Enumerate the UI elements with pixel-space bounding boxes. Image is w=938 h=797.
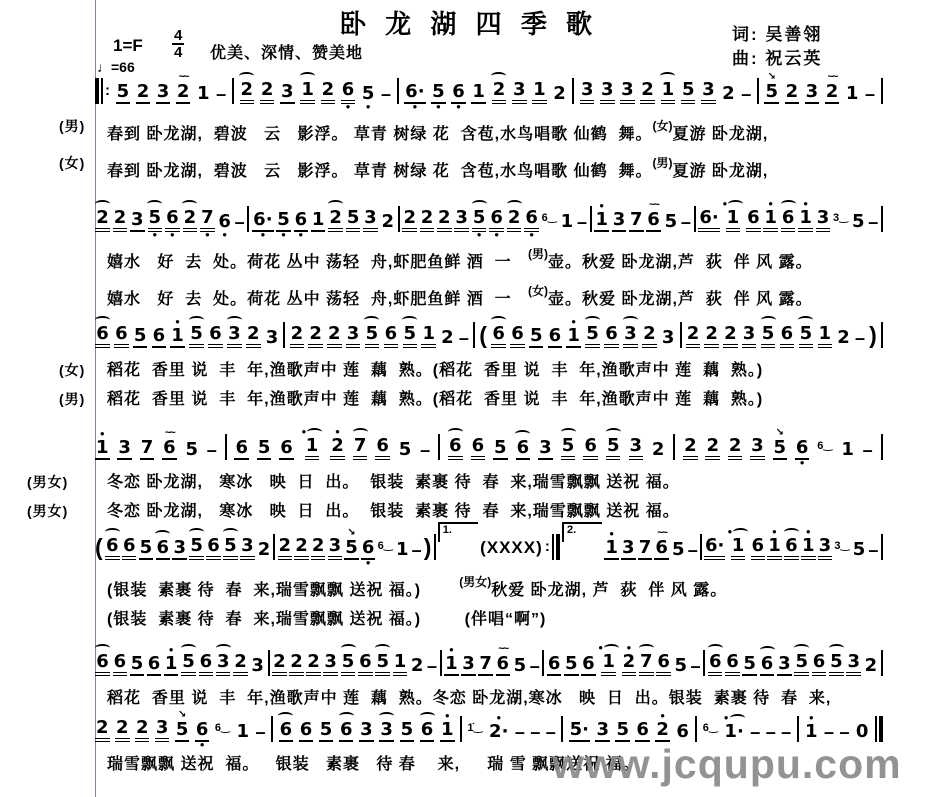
note-ornaments: ● [772,522,777,536]
barline [273,534,275,560]
system-4: ●137~~65–656●1●2765–66563565322223↘56●6‿… [95,422,883,526]
note-ornaments [585,310,600,324]
note-cell: 5 [364,310,379,356]
note-cell: 3 [512,66,527,112]
note-cell: ●1 [723,194,744,240]
note-cell: 6 [114,310,129,356]
duration-dash: – [577,212,587,232]
note-number: 6 [725,652,740,676]
bar-stroke [879,716,883,742]
note-cell: 2 [705,422,720,468]
note-number: 5 [615,720,630,742]
note-number: 6 [746,208,761,232]
note-cell: 2 [642,310,657,356]
note-number: 2 [825,82,840,104]
note-ornaments: ~~ [498,640,507,654]
note-number: 2 [440,328,455,348]
note-number: 3 [595,720,610,742]
note-cell: 5 [341,638,356,684]
bar-stroke [232,78,234,104]
note-ornaments [420,706,435,720]
barline-cell [703,650,705,684]
bar-stroke [881,78,883,104]
note-cell: 2 [246,310,261,356]
barline [440,650,442,676]
dash-cell: – [420,426,430,468]
note-cell: 5 [400,706,415,750]
note-number: 6 [162,438,177,460]
note-cell: 5 [606,422,621,468]
lyric-text: 壶。秋爱 卧龙湖,芦 荻 伴 风 露。 [548,254,813,271]
dash-cell: – [427,642,437,684]
note-cell: 5 [529,312,544,356]
note-number: 5 [175,720,190,742]
voice-label: (男女) [27,497,68,526]
note-cell: ●1 [801,522,816,568]
octave-down-slot: ● [298,232,303,240]
bar-stroke [438,434,440,460]
note-cell: ~~6 [162,424,177,468]
note-number: 6 [760,654,775,676]
note-cell: 2 [294,522,309,568]
note-cell: 3 [846,638,861,684]
note-cell: 6 [339,706,354,750]
note-number: 6 [708,652,723,676]
note-cell: 5 [319,706,334,750]
bar-stroke [694,206,696,232]
note-number: 6 [604,324,619,348]
barline-cell [434,534,436,568]
note-number: 2 [864,656,879,676]
note-cell: 2 [136,68,151,112]
barline-cell [247,206,249,240]
barline-cell: : [95,78,110,112]
note-cell: 3 [629,422,644,468]
note-number: 3 [805,82,820,104]
note-number: 1 [300,80,315,104]
note-cell: 6 [547,640,562,684]
lyric-row: 嬉水 好 去 处。荷花 丛中 荡轻 舟,虾肥鱼鲜 酒 一 (女)壶。秋爱 卧龙湖… [95,277,883,314]
barline [881,78,883,104]
note-cell: 6 [420,706,435,750]
note-cell: 7 [353,422,368,468]
note-number: 5 [472,208,487,232]
note-number: 3 [612,210,627,232]
voice-mark: (男女) [459,575,491,589]
barline-cell [225,434,227,468]
note-cell: 6● [165,194,180,240]
note-number: 6 [516,438,531,460]
note-ornaments: ↘ [178,706,186,720]
note-cell: 5 [139,524,154,568]
note-cell: 3 [818,522,833,568]
duration-dash: – [750,722,760,742]
note-cell: 3 [461,640,476,684]
note-cell: 3 [227,310,242,356]
grace-note-cell: 3‿ [834,548,849,568]
note-number: 6 [152,326,167,348]
barline-cell [542,650,544,684]
note-number: 6 [547,654,562,676]
note-ornaments: ↘ [776,424,784,438]
barline-cell [881,434,883,468]
barline [283,322,285,348]
note-ornaments [339,706,354,720]
note-number: 5 [133,326,148,348]
note-number: 6 [635,720,650,742]
note-cell: 7 [478,640,493,684]
barline [673,434,675,460]
note-ornaments: ~~ [828,68,837,82]
note-number: 5 [852,540,867,560]
note-ornaments [639,638,654,652]
bar-stroke [572,78,574,104]
note-number: 6 [206,536,221,560]
note-number: 1 [801,536,816,560]
note-ornaments [491,66,506,80]
lyric-text: 嬉水 好 去 处。荷花 丛中 荡轻 舟,虾肥鱼鲜 酒 一 [107,254,528,271]
note-number: 6 [217,212,232,232]
duration-dash: – [855,328,865,348]
barline-cell [694,206,696,240]
note-ornaments [708,638,723,652]
bar-stroke [556,534,560,560]
dash-cell: – [865,70,875,112]
note-number: 6 [299,720,314,742]
note-number: 5 [761,324,776,348]
note-number: 7 [478,654,493,676]
note-number: 2 [410,656,425,676]
note-number: 6 [361,538,376,560]
barline-cell: : [545,534,560,568]
note-number: 6 [524,208,539,232]
note-cell: 2 [552,70,567,112]
lyric-text: 春到 卧龙湖, 碧波 云 影浮。 草青 树绿 花 含苞,水鸟唱歌 仙鹤 舞。 [107,126,652,143]
duration-dash: – [865,84,875,104]
note-number: 5 [257,438,272,460]
repeat-dots: : [545,534,550,560]
note-cell: 2 [95,704,110,750]
note-cell: 1 [300,66,315,112]
note-number: 2 [721,84,736,104]
note-cell: 5 [681,66,696,112]
note-number: 1 [560,212,575,232]
note-cell: 3 [777,640,792,684]
note-number: 3 [265,328,280,348]
barline-cell [881,78,883,112]
note-number: 3 [117,438,132,460]
note-cell: 2 [686,310,701,356]
note-number: 6 [583,436,598,460]
dash-cell: – [688,526,698,568]
note-cell: 6 [583,422,598,468]
note-cell: 6·● [252,196,273,240]
note-cell: 2 [239,66,254,112]
note-ornaments [448,422,463,436]
note-cell: 3 [156,68,171,112]
inline-text: (XXXX) [480,536,543,560]
duration-dash: – [868,212,878,232]
paren-cell: ( [95,534,103,568]
note-cell: 3 [130,196,145,240]
note-number: 6 [812,652,827,676]
bar-stroke [680,322,682,348]
note-number: 5 [116,82,131,104]
note-cell: 5● [472,194,487,240]
note-number: 6 [122,536,137,560]
note-number: 2 [95,208,110,232]
notation-line: 2235●6●27●6●–6·●5●6●1253222235●6●26●6‿1–… [95,194,883,240]
bar-stroke [703,650,705,676]
note-cell: 1 [471,68,486,112]
note-cell: 6 [491,310,506,356]
note-ornaments [227,310,242,324]
note-number: 5 [341,652,356,676]
note-cell: 2 [640,66,655,112]
note-number: 3 [359,720,374,742]
note-number: 3 [623,324,638,348]
voice-label: (女) [59,356,85,385]
note-number: 2 [723,324,738,348]
note-cell: 3 [623,310,638,356]
octave-down-slot: ● [200,742,205,750]
note-number: 3 [750,436,765,460]
note-cell: 6· [704,522,725,568]
note-number: 2 [311,536,326,560]
note-number: 6 [341,80,356,104]
note-cell: 6● [195,706,210,750]
lyric-row: (银装 素裹 待 春 来,瑞雪飘飘 送祝 福。) (伴唱“啊”) [95,605,883,634]
note-cell: 6 [122,522,137,568]
note-cell: 1 [560,198,575,240]
note-number: 5 [130,654,145,676]
barline-cell [397,78,399,112]
note-cell: 3 [323,638,338,684]
note-number: 6 [279,720,294,742]
bar-stroke [881,206,883,232]
note-cell: ●1 [598,638,619,684]
note-cell: ↘5 [175,706,190,750]
bar-stroke [881,534,883,560]
note-cell: 6 [812,638,827,684]
note-cell: ~~6 [496,640,511,684]
note-cell: 6 [155,524,170,568]
note-number: 2 [135,718,150,742]
barline-cell [680,322,682,356]
lyric-row: (女)春到 卧龙湖, 碧波 云 影浮。 草青 树绿 花 含苞,水鸟唱歌 仙鹤 舞… [95,149,883,186]
octave-down-slot: ● [170,232,175,240]
note-ornaments: ● [626,638,631,652]
barline-cell [283,322,285,356]
grace-note: 6‿ [215,722,230,734]
note-cell: 3 [280,68,295,112]
lyric-row: (男)春到 卧龙湖, 碧波 云 影浮。 草青 树绿 花 含苞,水鸟唱歌 仙鹤 舞… [95,112,883,149]
bar-stroke [101,78,103,104]
note-cell: 6 [708,638,723,684]
note-cell: 6 [199,638,214,684]
note-cell: 6 [760,640,775,684]
note-number: 2 [272,652,287,676]
bar-stroke [440,650,442,676]
note-number: 5 [276,210,291,232]
note-number: 5 [319,720,334,742]
barline [881,206,883,232]
octave-down-slot: ● [205,232,210,240]
note-ornaments [95,194,110,208]
note-cell: 2 [321,66,336,112]
barline [397,78,399,104]
note-cell: 1 [840,426,855,468]
note-number: 5 [400,720,415,742]
note-number: 3 [661,328,676,348]
duration-dash: – [381,84,391,104]
note-number: 5 [181,652,196,676]
note-number: 2 [622,652,637,676]
note-number: 1 [164,654,179,676]
note-number: 1 [305,436,320,460]
note-cell: ↘5 [764,68,779,112]
duration-dash: – [235,212,245,232]
octave-down-slot: ● [260,232,265,240]
note-ornaments [472,194,487,208]
note-ornaments [829,638,844,652]
note-number: 6 [384,324,399,348]
note-number: 2 [176,82,191,104]
bar-stroke [247,206,249,232]
note-number: 1 [395,540,410,560]
note-number: 5 [664,212,679,232]
note-ornaments [95,310,110,324]
note-cell: 2 [328,194,343,240]
duration-dash: – [839,722,849,742]
note-cell: 6 [581,640,596,684]
note-cell: 6 [746,194,761,240]
note-cell: 1 [395,526,410,568]
lyric-row: (女)稻花 香里 说 丰 年,渔歌声中 莲 藕 熟。(稻花 香里 说 丰 年,渔… [95,356,883,385]
dash-cell: – [216,70,226,112]
note-number: 2 [640,80,655,104]
note-number: 2 [683,436,698,460]
note-number: 6 [654,538,669,560]
duration-dash: – [216,84,226,104]
note-number: 1 [311,210,326,232]
note-number: 1 [840,440,855,460]
note-cell: 1 [818,310,833,356]
note-number: 5 [564,654,579,676]
lyric-row: 嬉水 好 去 处。荷花 丛中 荡轻 舟,虾肥鱼鲜 酒 一 (男)壶。秋爱 卧龙湖… [95,240,883,277]
dash-cell: – [381,70,391,112]
bar-stroke [561,716,563,742]
note-cell: 3 [172,524,187,568]
note-number: 5 [671,540,686,560]
note-number: 5 [361,84,376,104]
note-number: 6 [471,436,486,460]
note-number: 3 [155,718,170,742]
note-number: 6 [113,652,128,676]
note-number: 2 [183,208,198,232]
lyric-text: 夏游 卧龙湖, [672,163,768,180]
barline [797,716,799,742]
time-signature-denominator: 4 [174,45,182,60]
note-number: 6 [156,538,171,560]
note-number: 2 [655,720,670,742]
barline-cell [460,716,462,750]
note-number: 3 [600,80,615,104]
note-ornaments [353,422,368,436]
grace-note-cell: 6‿ [542,220,557,240]
bar-stroke [271,716,273,742]
note-number: 5 [189,536,204,560]
octave-down-slot: ● [529,232,534,240]
note-ornaments [660,66,675,80]
note-cell: 1 [532,66,547,112]
note-number: 6 [795,438,810,460]
note-number: 5 [189,324,204,348]
note-cell: ●1 [728,522,749,568]
note-cell: ~~6 [654,524,669,568]
key-signature: 1=F [113,36,143,56]
note-number: 3 [818,536,833,560]
barline-cell [473,322,475,356]
note-number: 5 [403,324,418,348]
note-cell: 3 [816,194,831,240]
octave-down-slot: ● [152,232,157,240]
note-number: 6 [199,652,214,676]
note-cell: 5 [671,526,686,568]
note-number: 0 [855,722,870,742]
note-cell: ●1 [444,640,459,684]
note-number: 2 [507,208,522,232]
note-number: 5 [529,326,544,348]
note-cell: 5 [851,198,866,240]
note-cell: 2 [785,68,800,112]
note-cell: ●2 [622,638,637,684]
note-cell: 2 [507,194,522,240]
note-ornaments [760,640,775,654]
note-cell: 6 [234,424,249,468]
note-ornaments [216,638,231,652]
notation-line: 6656●156323222356512–(6656●1563232223565… [95,310,883,356]
note-number: 2 [704,324,719,348]
note-number: 7 [140,438,155,460]
note-number: 1 [767,536,782,560]
note-cell: 3 [216,638,231,684]
note-number: 2 [330,436,345,460]
note-ornaments [784,522,799,536]
note-ornaments [794,638,809,652]
note-cell: 5 [257,424,272,468]
note-cell: 1 [421,310,436,356]
note-number: 1 [763,208,778,232]
note-number: 1 [444,654,459,676]
note-cell: 1 [235,708,250,750]
note-cell: 3 [363,194,378,240]
bar-stroke [225,434,227,460]
note-cell: ●1 [566,312,581,356]
note-ornaments [623,310,638,324]
note-ornaments: ● [723,194,744,208]
lyric-text: 稻花 香里 说 丰 年,渔歌声中 莲 藕 熟。(稻花 香里 说 丰 年,渔歌声中… [107,362,763,379]
note-cell: ~~6 [646,196,661,240]
lyric-row: (男女)冬恋 卧龙湖, 寒冰 映 日 出。 银装 素裹 待 春 来,瑞雪飘飘 送… [95,468,883,497]
note-cell: 3 [612,196,627,240]
note-number: 3 [629,436,644,460]
note-number: 3 [461,654,476,676]
note-number: 2 [233,652,248,676]
note-cell: ●1 [95,424,110,468]
note-number: 6 [548,326,563,348]
note-cell: 6 [113,638,128,684]
